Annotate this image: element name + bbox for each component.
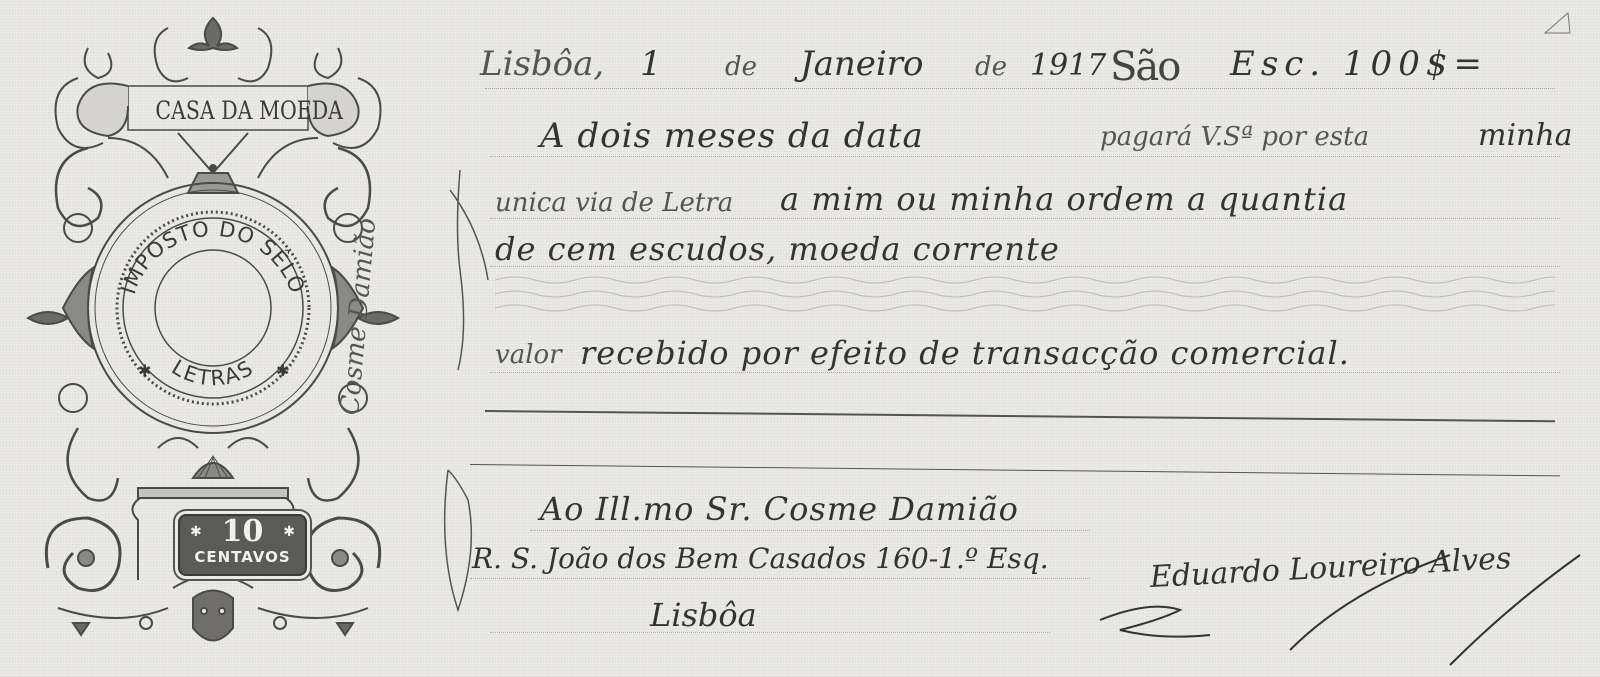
guide-line xyxy=(470,578,1090,579)
stamp-value-box: ✱ 10 ✱ CENTAVOS xyxy=(178,514,307,576)
date-de-label: de xyxy=(975,52,1007,82)
guide-line xyxy=(490,632,1050,633)
body-line1-handwritten: A dois meses da data xyxy=(540,116,924,156)
signature-flourish xyxy=(1090,540,1600,677)
guide-line xyxy=(490,372,1560,373)
sao-printed-label: São xyxy=(1110,44,1179,90)
security-wave-pattern xyxy=(495,270,1555,320)
body-line1-end: minha xyxy=(1478,118,1573,153)
corner-mark-icon xyxy=(1540,8,1580,38)
star-icon: ✱ xyxy=(276,361,289,380)
body-line3-handwritten: de cem escudos, moeda corrente xyxy=(495,230,1060,268)
date-de-label: de xyxy=(725,52,757,82)
addressee-street: R. S. João dos Bem Casados 160-1.º Esq. xyxy=(472,542,1049,575)
bill-of-exchange-document: IMPOSTO DO SÊLO LETRAS ✱ ✱ CASA DA MOEDA… xyxy=(0,0,1600,677)
place: Lisbôa, xyxy=(480,44,604,84)
amount: Esc. 100$= xyxy=(1230,44,1488,84)
body-line2-printed: unica via de Letra xyxy=(495,188,733,218)
date-month: Janeiro xyxy=(800,44,924,84)
addressee-city: Lisbôa xyxy=(650,596,757,634)
date-day: 1 xyxy=(640,44,662,84)
guide-line xyxy=(485,88,1555,89)
body-line2-handwritten: a mim ou minha ordem a quantia xyxy=(780,180,1348,218)
guide-line xyxy=(490,218,1560,219)
body-line1-printed: pagará V.Sª por esta xyxy=(1100,122,1369,152)
divider-rule xyxy=(470,464,1560,476)
date-year: 1917 xyxy=(1030,48,1106,83)
guide-line xyxy=(490,156,1560,157)
seal-bottom-text: LETRAS xyxy=(168,355,259,390)
seal-top-text: IMPOSTO DO SÊLO xyxy=(116,217,310,297)
body-line4-handwritten: recebido por efeito de transacção comerc… xyxy=(580,334,1350,372)
divider-rule xyxy=(485,410,1555,422)
star-icon: ✱ xyxy=(190,524,202,540)
guide-line xyxy=(530,530,1090,531)
stamp-unit: CENTAVOS xyxy=(180,547,305,567)
stamp-issuer: CASA DA MOEDA xyxy=(155,96,331,125)
star-icon: ✱ xyxy=(138,361,151,380)
star-icon: ✱ xyxy=(283,524,295,540)
body-line4-printed: valor xyxy=(495,340,562,370)
addressee-name: Ao Ill.mo Sr. Cosme Damião xyxy=(540,490,1019,528)
